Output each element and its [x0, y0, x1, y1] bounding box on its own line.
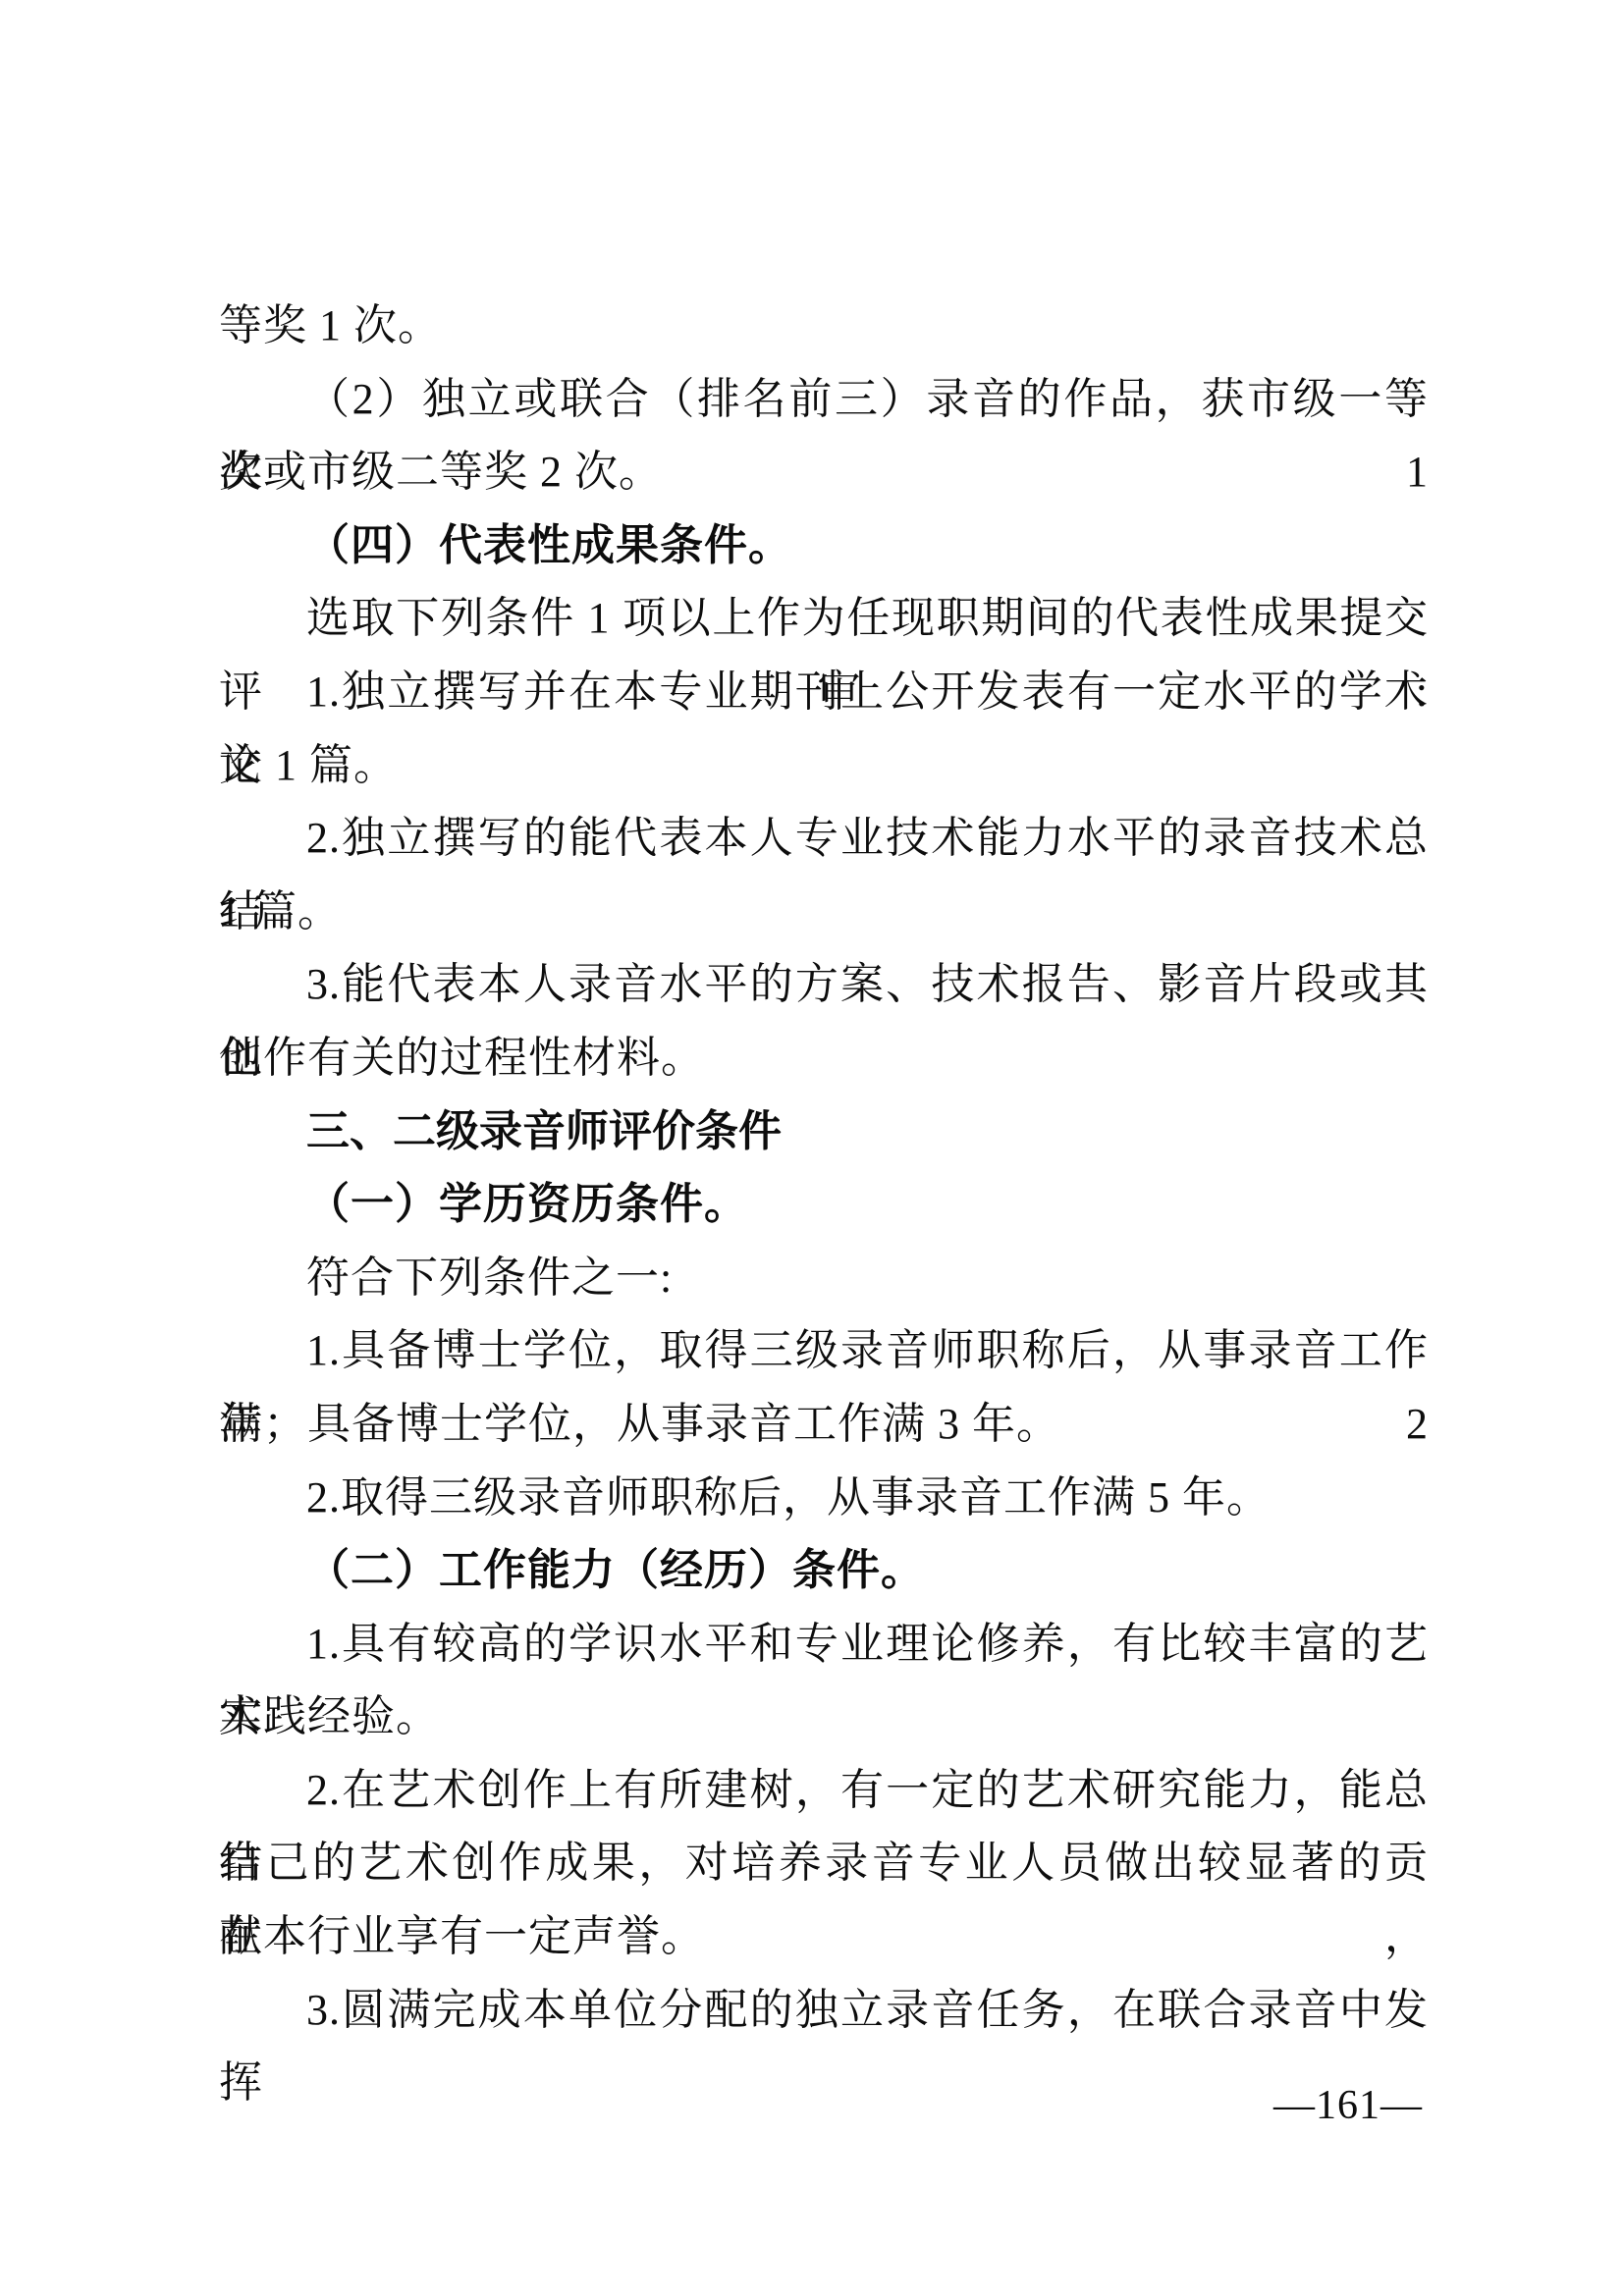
- document-body: 等奖 1 次。（2）独立或联合（排名前三）录音的作品，获市级一等奖 1次或市级二…: [219, 290, 1429, 2047]
- text-line: 自己的艺术创作成果，对培养录音专业人员做出较显著的贡献，: [219, 1827, 1429, 1900]
- text-line: 符合下列条件之一:: [219, 1242, 1429, 1315]
- clause-heading: （四）代表性成果条件。: [219, 509, 1429, 583]
- text-line: 实践经验。: [219, 1681, 1429, 1754]
- text-line: 等奖 1 次。: [219, 290, 1429, 363]
- clause-heading: （一）学历资历条件。: [219, 1168, 1429, 1242]
- text-line: 创作有关的过程性材料。: [219, 1022, 1429, 1095]
- text-line: 2.在艺术创作上有所建树，有一定的艺术研究能力，能总结: [219, 1754, 1429, 1828]
- document-page: 等奖 1 次。（2）独立或联合（排名前三）录音的作品，获市级一等奖 1次或市级二…: [0, 0, 1623, 2296]
- text-line: 2.独立撰写的能代表本人专业技术能力水平的录音技术总结: [219, 802, 1429, 876]
- text-line: 3.能代表本人录音水平的方案、技术报告、影音片段或其他: [219, 948, 1429, 1022]
- text-line: 1 篇。: [219, 876, 1429, 949]
- section-heading: 三、二级录音师评价条件: [219, 1095, 1429, 1169]
- text-line: 1.具备博士学位，取得三级录音师职称后，从事录音工作满 2: [219, 1314, 1429, 1388]
- text-line: 1.独立撰写并在本专业期刊上公开发表有一定水平的学术论: [219, 656, 1429, 729]
- text-line: 1.具有较高的学识水平和专业理论修养，有比较丰富的艺术: [219, 1608, 1429, 1682]
- clause-heading: （二）工作能力（经历）条件。: [219, 1534, 1429, 1608]
- page-number: —161—: [219, 2069, 1423, 2143]
- text-line: 选取下列条件 1 项以上作为任现职期间的代表性成果提交评审:: [219, 582, 1429, 656]
- text-line: （2）独立或联合（排名前三）录音的作品，获市级一等奖 1: [219, 363, 1429, 437]
- text-line: 2.取得三级录音师职称后，从事录音工作满 5 年。: [219, 1462, 1429, 1535]
- text-line: 3.圆满完成本单位分配的独立录音任务，在联合录音中发挥: [219, 1974, 1429, 2048]
- text-line: 文 1 篇。: [219, 729, 1429, 803]
